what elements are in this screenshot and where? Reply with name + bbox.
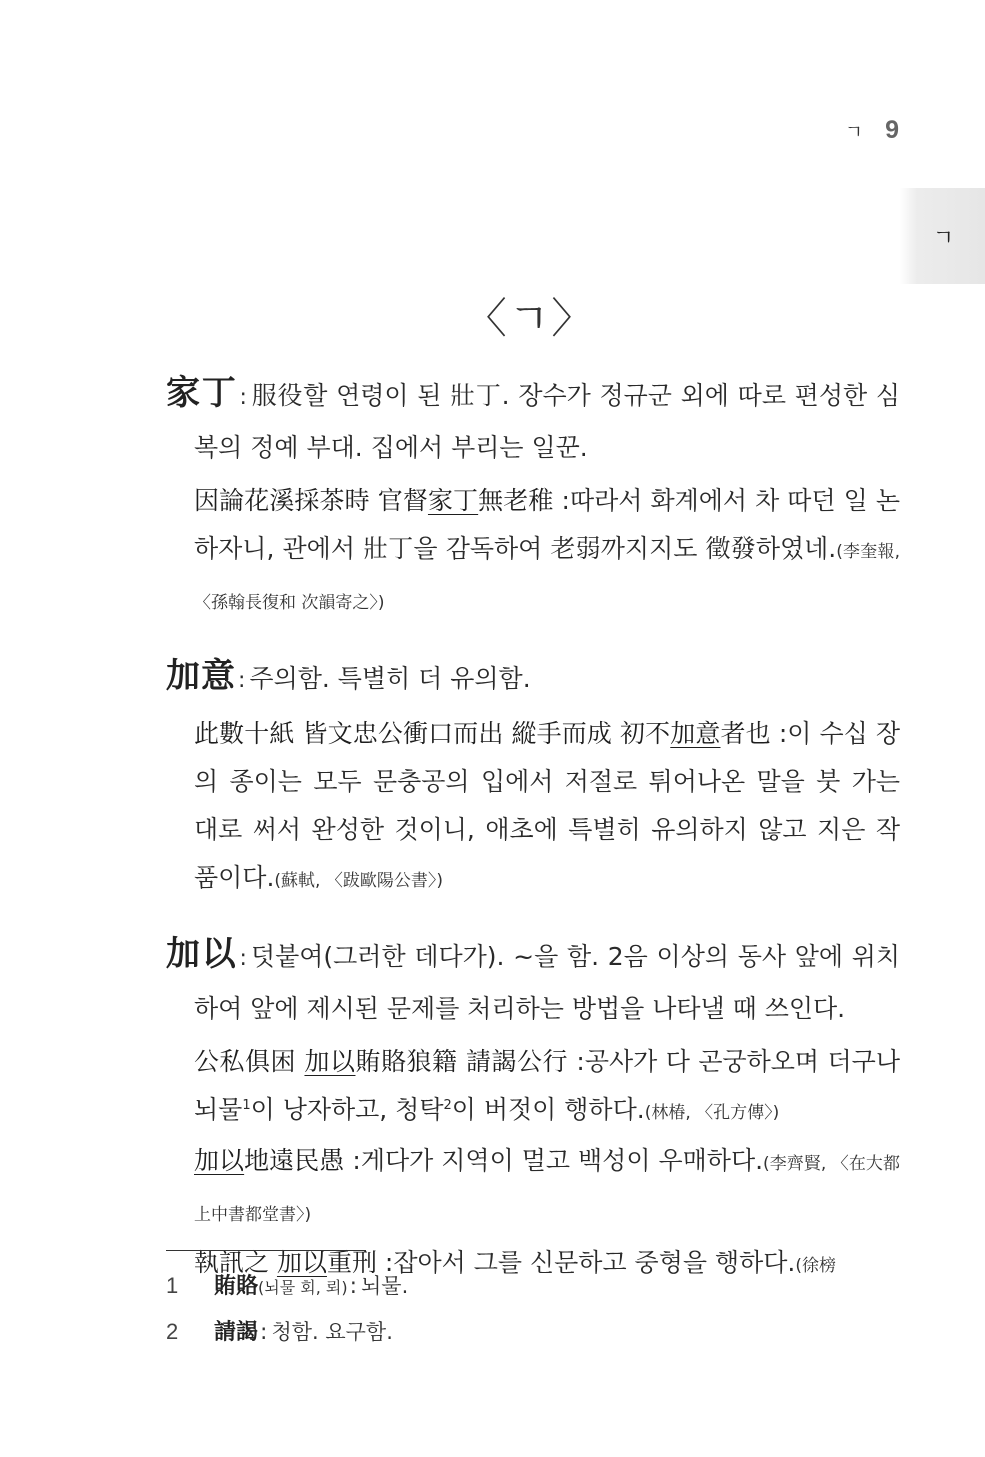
colon: : bbox=[240, 385, 247, 410]
example-quote: 加以地遠民愚 bbox=[194, 1146, 344, 1175]
entry-definition-line: 加意:주의함. 특별히 더 유의함. bbox=[166, 651, 900, 706]
entry: 加以:덧붙여(그러한 데다가). ~을 함. 2음 이상의 동사 앞에 위치하여… bbox=[166, 929, 900, 1290]
separator: : bbox=[771, 719, 788, 748]
thumb-index-tab: ㄱ bbox=[900, 188, 985, 284]
footnote-ref-1[interactable]: 1 bbox=[242, 1098, 250, 1113]
example: 公私俱困 加以賄賂狼籍 請謁公行 :공사가 다 곤궁하오며 더구나 뇌물1이 낭… bbox=[166, 1038, 900, 1137]
citation-source: (蘇軾, 〈跋歐陽公書〉) bbox=[274, 871, 443, 891]
example-quote: 公私俱困 加以賄賂狼籍 請謁公行 bbox=[194, 1047, 568, 1076]
footnote-definition: 뇌물. bbox=[361, 1274, 408, 1298]
thumb-tab-label: ㄱ bbox=[933, 221, 954, 252]
quote-text: 者也 bbox=[721, 719, 771, 748]
quote-headword-underlined: 加意 bbox=[670, 719, 720, 748]
footnote-2: 2 請謁:청함. 요구함. bbox=[166, 1310, 866, 1356]
example-quote: 因論花溪採茶時 官督家丁無老稚 bbox=[194, 486, 553, 515]
separator: : bbox=[568, 1047, 585, 1076]
separator: : bbox=[553, 486, 569, 515]
section-heading: 〈ㄱ〉 bbox=[0, 286, 985, 346]
quote-text: 公私俱困 bbox=[194, 1047, 304, 1076]
quote-text: 地遠民愚 bbox=[244, 1146, 344, 1175]
separator: : bbox=[344, 1146, 360, 1175]
translation-part: 이 낭자하고, 청탁 bbox=[251, 1095, 444, 1124]
page-number: 9 bbox=[885, 116, 899, 145]
quote-text: 此數十紙 皆文忠公衝口而出 縱手而成 初不 bbox=[194, 719, 670, 748]
running-head: ㄱ 9 bbox=[845, 116, 899, 145]
quote-text: 賄賂狼籍 請謁公行 bbox=[355, 1047, 567, 1076]
definition: 주의함. 특별히 더 유의함. bbox=[249, 664, 530, 693]
colon: : bbox=[240, 946, 247, 971]
colon: : bbox=[238, 668, 245, 693]
quote-text: 無老稚 bbox=[478, 486, 553, 515]
headword: 家丁 bbox=[166, 373, 238, 413]
footnote-1: 1 賄賂(뇌물 회, 뢰):뇌물. bbox=[166, 1264, 866, 1310]
example: 此數十紙 皆文忠公衝口而出 縱手而成 初不加意者也 :이 수십 장의 종이는 모… bbox=[166, 710, 900, 905]
definition: 덧붙여(그러한 데다가). ~을 함. 2음 이상의 동사 앞에 위치하여 앞에… bbox=[194, 942, 900, 1023]
running-head-section: ㄱ bbox=[845, 117, 863, 144]
footnotes: 1 賄賂(뇌물 회, 뢰):뇌물. 2 請謁:청함. 요구함. bbox=[166, 1264, 866, 1356]
entry-definition-line: 家丁:服役할 연령이 된 壯丁. 장수가 정규군 외에 따로 편성한 심복의 정… bbox=[166, 368, 900, 473]
colon: : bbox=[260, 1320, 267, 1345]
footnote-term: 賄賂 bbox=[214, 1274, 258, 1299]
entry-definition-line: 加以:덧붙여(그러한 데다가). ~을 함. 2음 이상의 동사 앞에 위치하여… bbox=[166, 929, 900, 1034]
quote-headword-underlined: 加以 bbox=[304, 1047, 355, 1076]
quote-headword-underlined: 家丁 bbox=[428, 486, 478, 515]
footnote-term: 請謁 bbox=[214, 1320, 258, 1345]
headword: 加以 bbox=[166, 934, 238, 974]
dictionary-entries: 家丁:服役할 연령이 된 壯丁. 장수가 정규군 외에 따로 편성한 심복의 정… bbox=[166, 368, 900, 1314]
entry: 家丁:服役할 연령이 된 壯丁. 장수가 정규군 외에 따로 편성한 심복의 정… bbox=[166, 368, 900, 627]
example-quote: 此數十紙 皆文忠公衝口而出 縱手而成 初不加意者也 bbox=[194, 719, 771, 748]
translation: 게다가 지역이 멀고 백성이 우매하다. bbox=[361, 1146, 763, 1175]
entry: 加意:주의함. 특별히 더 유의함. 此數十紙 皆文忠公衝口而出 縱手而成 初不… bbox=[166, 651, 900, 905]
quote-headword-underlined: 加以 bbox=[194, 1146, 244, 1175]
colon: : bbox=[350, 1274, 357, 1299]
headword: 加意 bbox=[166, 656, 236, 696]
definition: 服役할 연령이 된 壯丁. 장수가 정규군 외에 따로 편성한 심복의 정예 부… bbox=[194, 381, 900, 462]
example: 加以地遠民愚 :게다가 지역이 멀고 백성이 우매하다.(李齊賢, 〈在大都上中… bbox=[166, 1137, 900, 1239]
footnote-number: 2 bbox=[166, 1310, 214, 1354]
citation-source: (林椿, 〈孔方傳〉) bbox=[645, 1103, 780, 1123]
translation-part: 이 버젓이 행하다. bbox=[452, 1095, 645, 1124]
footnote-number: 1 bbox=[166, 1264, 214, 1308]
footnote-ref-2[interactable]: 2 bbox=[444, 1098, 452, 1113]
footnote-definition: 청함. 요구함. bbox=[271, 1320, 392, 1344]
example: 因論花溪採茶時 官督家丁無老稚 :따라서 화계에서 차 따던 일 논하자니, 관… bbox=[166, 477, 900, 627]
quote-text: 因論花溪採茶時 官督 bbox=[194, 486, 428, 515]
footnote-reading: (뇌물 회, 뢰) bbox=[258, 1278, 348, 1297]
footnote-divider bbox=[166, 1250, 366, 1251]
